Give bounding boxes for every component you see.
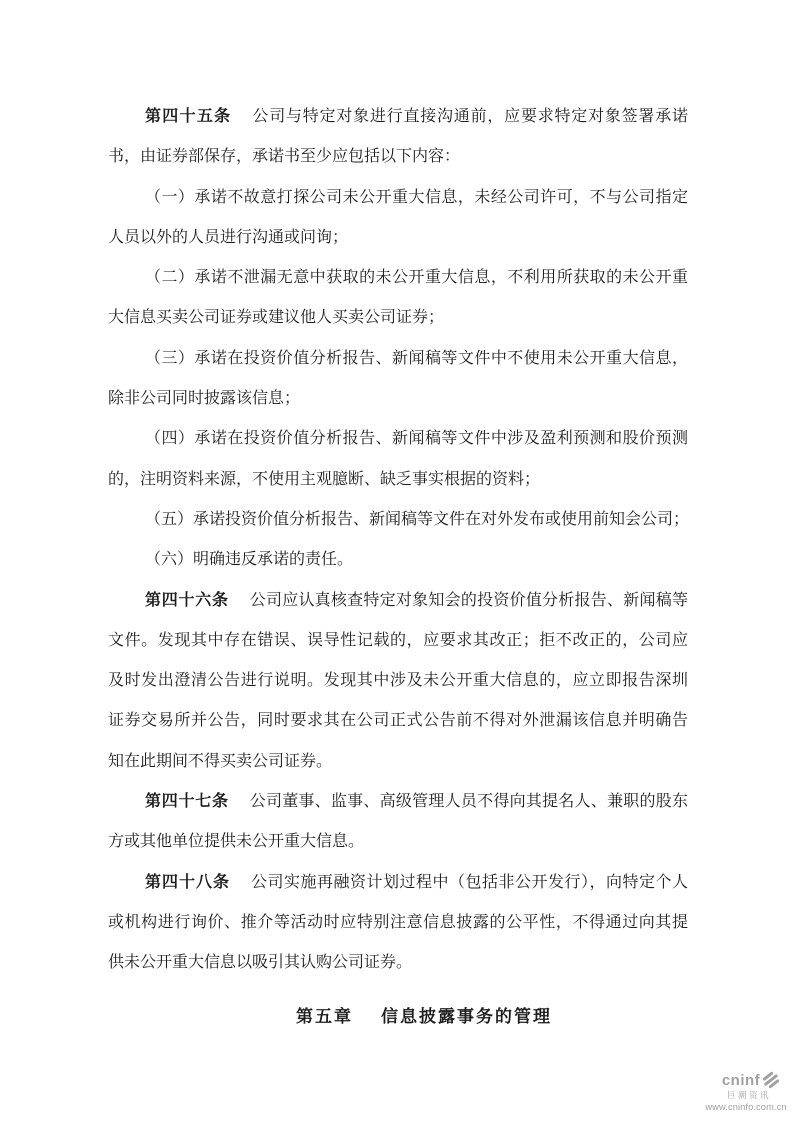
chapter-heading: 第五章信息披露事务的管理 — [108, 997, 688, 1037]
item-text-line: （三）承诺在投资价值分析报告、新闻稿等文件中不使用未公开重大信息， — [108, 339, 688, 379]
document-body: 第四十五条公司与特定对象进行直接沟通前，应要求特定对象签署承诺书，由证券部保存，… — [108, 97, 688, 1037]
cninfo-chinese-name: 巨潮资讯 — [701, 1091, 791, 1100]
item-text-line: 除非公司同时披露该信息； — [108, 379, 688, 419]
item-text-line: 大信息买卖公司证券或建议他人买卖公司证券； — [108, 298, 688, 338]
item-text-line: （一）承诺不故意打探公司未公开重大信息，未经公司许可，不与公司指定 — [108, 178, 688, 218]
article-text-line: 方或其他单位提供未公开重大信息。 — [108, 822, 688, 862]
article-text-line: 供未公开重大信息以吸引其认购公司证券。 — [108, 943, 688, 983]
article-number: 第四十六条 — [145, 592, 229, 609]
article-number: 第四十五条 — [145, 108, 231, 125]
article-text-line: 及时发出澄清公告进行说明。发现其中涉及未公开重大信息的，应立即报告深圳 — [108, 661, 688, 701]
article-text-line: 证券交易所并公告，同时要求其在公司正式公告前不得对外泄漏该信息并明确告 — [108, 701, 688, 741]
cninfo-brand-row: cninf — [701, 1071, 791, 1089]
article-text-line: 第四十八条公司实施再融资计划过程中（包括非公开发行），向特定个人 — [108, 863, 688, 903]
chapter-number: 第五章 — [296, 1007, 353, 1026]
article-text-line: 知在此期间不得买卖公司证券。 — [108, 742, 688, 782]
article-text-line: 第四十七条公司董事、监事、高级管理人员不得向其提名人、兼职的股东 — [108, 782, 688, 822]
document-page: 第四十五条公司与特定对象进行直接沟通前，应要求特定对象签署承诺书，由证券部保存，… — [0, 0, 793, 1122]
item-text-line: 人员以外的人员进行沟通或问询； — [108, 218, 688, 258]
item-text-line: （二）承诺不泄漏无意中获取的未公开重大信息，不利用所获取的未公开重 — [108, 258, 688, 298]
item-text-line: （五）承诺投资价值分析报告、新闻稿等文件在对外发布或使用前知会公司； — [108, 500, 688, 540]
chapter-title: 信息披露事务的管理 — [381, 1007, 552, 1026]
cninfo-swirl-icon — [762, 1071, 780, 1089]
cninfo-watermark: cninf 巨潮资讯 www.cninfo.com.cn — [701, 1071, 791, 1112]
article-text-line: 第四十六条公司应认真核查特定对象知会的投资价值分析报告、新闻稿等 — [108, 581, 688, 621]
item-text-line: （六）明确违反承诺的责任。 — [108, 540, 688, 580]
article-text-line: 书，由证券部保存，承诺书至少应包括以下内容： — [108, 137, 688, 177]
item-text-line: 的，注明资料来源，不使用主观臆断、缺乏事实根据的资料； — [108, 460, 688, 500]
article-number: 第四十八条 — [145, 874, 230, 891]
cninfo-url: www.cninfo.com.cn — [701, 1103, 791, 1112]
item-text-line: （四）承诺在投资价值分析报告、新闻稿等文件中涉及盈利预测和股价预测 — [108, 419, 688, 459]
article-text-line: 或机构进行询价、推介等活动时应特别注意信息披露的公平性，不得通过向其提 — [108, 903, 688, 943]
article-number: 第四十七条 — [145, 793, 229, 810]
cninfo-brand-text: cninf — [722, 1073, 760, 1088]
article-text-line: 文件。发现其中存在错误、误导性记载的，应要求其改正；拒不改正的，公司应 — [108, 621, 688, 661]
article-text-line: 第四十五条公司与特定对象进行直接沟通前，应要求特定对象签署承诺 — [108, 97, 688, 137]
